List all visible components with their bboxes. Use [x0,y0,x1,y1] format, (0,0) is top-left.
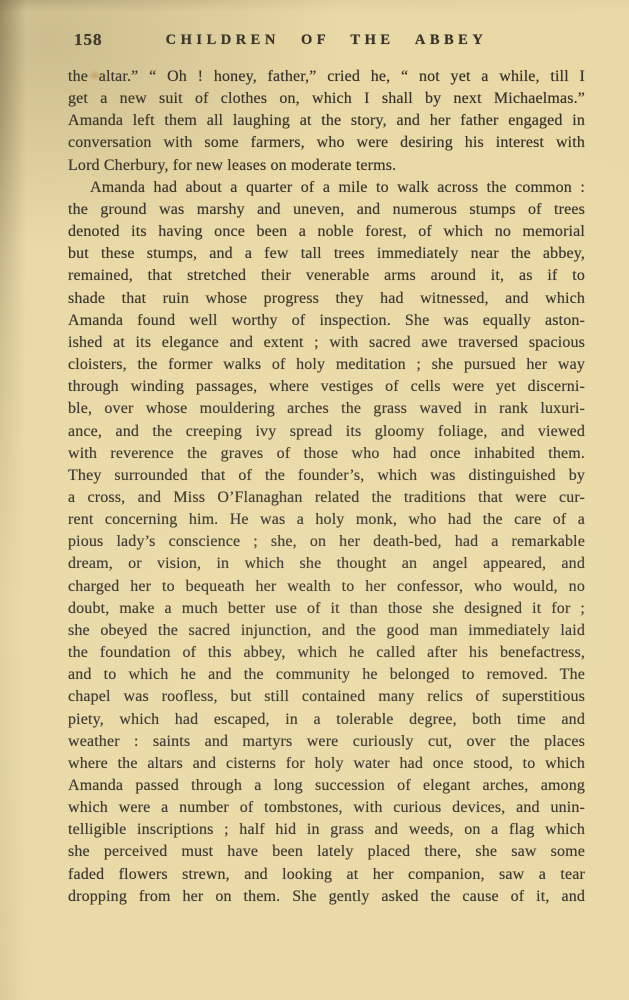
text-line: piety, which had escaped, in a tolerable… [68,709,585,731]
text-line: and to which he and the community he bel… [68,664,585,686]
text-line: but these stumps, and a few tall trees i… [68,243,585,265]
text-line: telligible inscriptions ; half hid in gr… [68,819,585,841]
text-line: Amanda passed through a long succession … [68,775,585,797]
text-line: pious lady’s conscience ; she, on her de… [68,531,585,553]
page-top-shadow [0,0,629,12]
text-line: They surrounded that of the founder’s, w… [68,465,585,487]
text-line: she obeyed the sacred injunction, and th… [68,620,585,642]
text-line: through winding passages, where vestiges… [68,376,585,398]
text-line: rent concerning him. He was a holy monk,… [68,509,585,531]
text-line: charged her to bequeath her wealth to he… [68,576,585,598]
text-line: with reverence the graves of those who h… [68,443,585,465]
text-line: which were a number of tombstones, with … [68,797,585,819]
text-line: faded flowers strewn, and looking at her… [68,864,585,886]
text-line: the altar.” “ Oh ! honey, father,” cried… [68,66,585,88]
page-header: 158 CHILDREN OF THE ABBEY [68,30,585,54]
text-line: denoted its having once been a noble for… [68,221,585,243]
text-line: ble, over whose mouldering arches the gr… [68,398,585,420]
book-page: 158 CHILDREN OF THE ABBEY the altar.” “ … [0,0,629,1000]
text-line: Amanda found well worthy of inspection. … [68,310,585,332]
text-line: a cross, and Miss O’Flanaghan related th… [68,487,585,509]
text-line: shade that ruin whose progress they had … [68,288,585,310]
text-line: chapel was roofless, but still contained… [68,686,585,708]
text-line: dream, or vision, in which she thought a… [68,553,585,575]
text-block: the altar.” “ Oh ! honey, father,” cried… [68,66,585,908]
text-line: remained, that stretched their venerable… [68,265,585,287]
running-title: CHILDREN OF THE ABBEY [68,32,585,49]
text-line: the ground was marshy and uneven, and nu… [68,199,585,221]
text-line: ished at its elegance and extent ; with … [68,332,585,354]
text-line: get a new suit of clothes on, which I sh… [68,88,585,110]
page-edge-shadow [0,0,26,1000]
text-line: she perceived must have been lately plac… [68,841,585,863]
text-line: where the altars and cisterns for holy w… [68,753,585,775]
text-line: ance, and the creeping ivy spread its gl… [68,421,585,443]
text-line: doubt, make a much better use of it than… [68,598,585,620]
text-line: conversation with some farmers, who were… [68,132,585,154]
text-line: Lord Cherbury, for new leases on moderat… [68,155,585,177]
text-line: weather : saints and martyrs were curiou… [68,731,585,753]
text-line: cloisters, the former walks of holy medi… [68,354,585,376]
text-line: Amanda had about a quarter of a mile to … [68,177,585,199]
text-line: dropping from her on them. She gently as… [68,886,585,908]
text-line: the foundation of this abbey, which he c… [68,642,585,664]
text-line: Amanda left them all laughing at the sto… [68,110,585,132]
